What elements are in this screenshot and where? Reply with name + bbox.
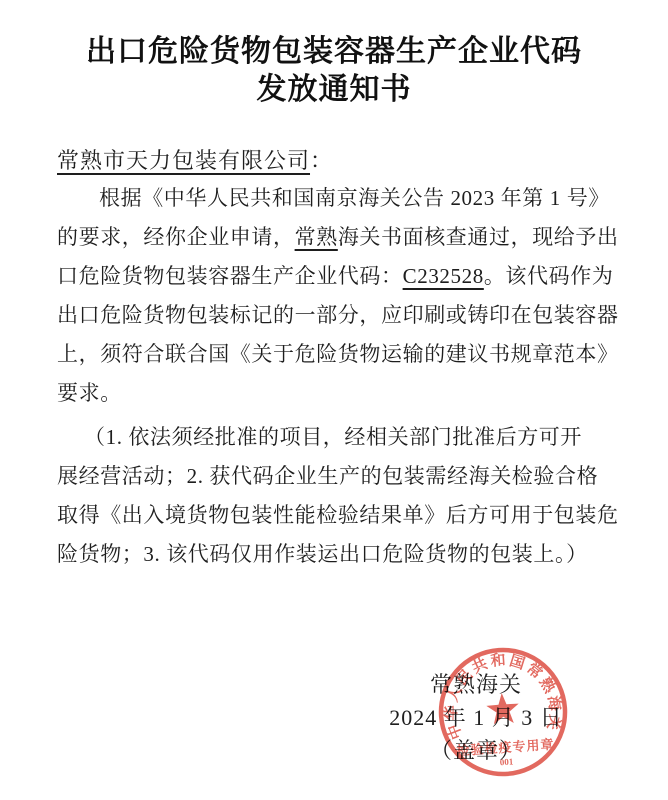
customs-office-name: 常熟 (295, 225, 338, 249)
title-line-1: 出口危险货物包装容器生产企业代码 (0, 33, 668, 71)
stamp-note: （盖章） (388, 734, 564, 767)
para1-line-6: 要求。 (57, 374, 614, 413)
issuer-name: 常熟海关 (388, 668, 564, 701)
para1-line3-post: 。该代码作为 (484, 264, 614, 288)
enterprise-code: C232528 (403, 264, 484, 288)
para2-line-3: 取得《出入境货物包装性能检验结果单》后方可用于包装危 (57, 496, 614, 535)
paragraph-notes: （1. 依法须经批准的项目，经相关部门批准后方可开 展经营活动；2. 获代码企业… (57, 418, 614, 574)
title-line-2: 发放通知书 (0, 71, 668, 109)
issue-date: 2024 年 1 月 3 日 (388, 701, 564, 734)
signature-block: 常熟海关 2024 年 1 月 3 日 （盖章） (388, 668, 564, 767)
para1-line3-pre: 口危险货物包装容器生产企业代码： (57, 264, 403, 288)
recipient-colon: ： (310, 148, 333, 173)
para1-line-4: 出口危险货物包装标记的一部分，应印刷或铸印在包装容器 (57, 296, 614, 335)
para2-line-1: （1. 依法须经批准的项目，经相关部门批准后方可开 (57, 418, 614, 457)
document-page: 出口危险货物包装容器生产企业代码 发放通知书 常熟市天力包装有限公司： 根据《中… (0, 0, 668, 800)
para1-line-1: 根据《中华人民共和国南京海关公告 2023 年第 1 号》 (57, 179, 614, 218)
document-body: 常熟市天力包装有限公司： 根据《中华人民共和国南京海关公告 2023 年第 1 … (57, 146, 614, 574)
para2-line-4: 险货物；3. 该代码仅用作装运出口危险货物的包装上。） (57, 535, 614, 574)
para1-line2-pre: 的要求，经你企业申请， (57, 225, 295, 249)
recipient-company-name: 常熟市天力包装有限公司 (57, 148, 310, 173)
paragraph-main: 根据《中华人民共和国南京海关公告 2023 年第 1 号》 的要求，经你企业申请… (57, 179, 614, 413)
recipient-line: 常熟市天力包装有限公司： (57, 146, 614, 176)
para1-line-2: 的要求，经你企业申请，常熟海关书面核查通过，现给予出 (57, 218, 614, 257)
document-title: 出口危险货物包装容器生产企业代码 发放通知书 (0, 0, 668, 109)
para2-line-2: 展经营活动；2. 获代码企业生产的包装需经海关检验合格 (57, 457, 614, 496)
para1-line-3: 口危险货物包装容器生产企业代码：C232528。该代码作为 (57, 257, 614, 296)
para1-line2-post: 海关书面核查通过，现给予出 (338, 225, 619, 249)
para1-line-5: 上，须符合联合国《关于危险货物运输的建议书规章范本》 (57, 335, 614, 374)
